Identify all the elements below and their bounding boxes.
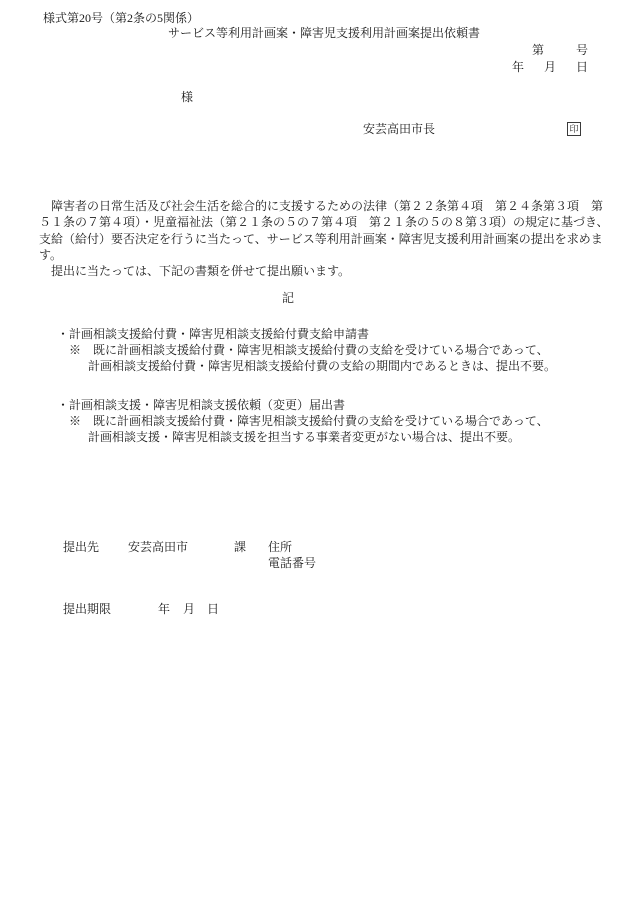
submission-section-label: 課 xyxy=(234,540,246,554)
document-page: 様式第20号（第2条の5関係） サービス等利用計画案・障害児支援利用計画案提出依… xyxy=(0,0,630,903)
date-month-label: 月 xyxy=(544,60,556,74)
item-2-note-line-2: 計画相談支援・障害児相談支援を担当する事業者変更がない場合は、提出不要。 xyxy=(88,430,520,444)
doc-number-prefix: 第 xyxy=(532,43,544,57)
deadline-day-label: 日 xyxy=(207,602,219,616)
body-paragraph: 障害者の日常生活及び社会生活を総合的に支援するための法律（第２２条第４項 第２４… xyxy=(39,198,624,279)
seal-mark-icon: 印 xyxy=(567,122,581,136)
seal-label: 印 xyxy=(569,124,578,134)
item-1-title: ・計画相談支援給付費・障害児相談支援給付費支給申請書 xyxy=(57,327,369,341)
submission-address-label: 住所 xyxy=(268,540,292,554)
item-2-note-line-1: ※ 既に計画相談支援給付費・障害児相談支援給付費の支給を受けている場合であって、 xyxy=(69,414,549,428)
submission-to-value: 安芸高田市 xyxy=(128,540,188,554)
addressee-sama-label: 様 xyxy=(181,90,193,104)
ki-heading: 記 xyxy=(282,291,294,305)
item-1-note-line-2: 計画相談支援給付費・障害児相談支援給付費の支給の期間内であるときは、提出不要。 xyxy=(88,359,556,373)
deadline-label: 提出期限 xyxy=(63,602,111,616)
deadline-year-label: 年 xyxy=(158,602,170,616)
submission-phone-label: 電話番号 xyxy=(268,556,316,570)
item-2-title: ・計画相談支援・障害児相談支援依頼（変更）届出書 xyxy=(57,398,345,412)
date-year-label: 年 xyxy=(512,60,524,74)
page-title: サービス等利用計画案・障害児支援利用計画案提出依頼書 xyxy=(168,26,480,40)
date-day-label: 日 xyxy=(576,60,588,74)
submission-to-label: 提出先 xyxy=(63,540,99,554)
deadline-month-label: 月 xyxy=(183,602,195,616)
item-1-note-line-1: ※ 既に計画相談支援給付費・障害児相談支援給付費の支給を受けている場合であって、 xyxy=(69,343,549,357)
issuer-mayor-name: 安芸高田市長 xyxy=(363,122,435,136)
doc-number-suffix: 号 xyxy=(576,43,588,57)
form-number: 様式第20号（第2条の5関係） xyxy=(43,11,199,25)
